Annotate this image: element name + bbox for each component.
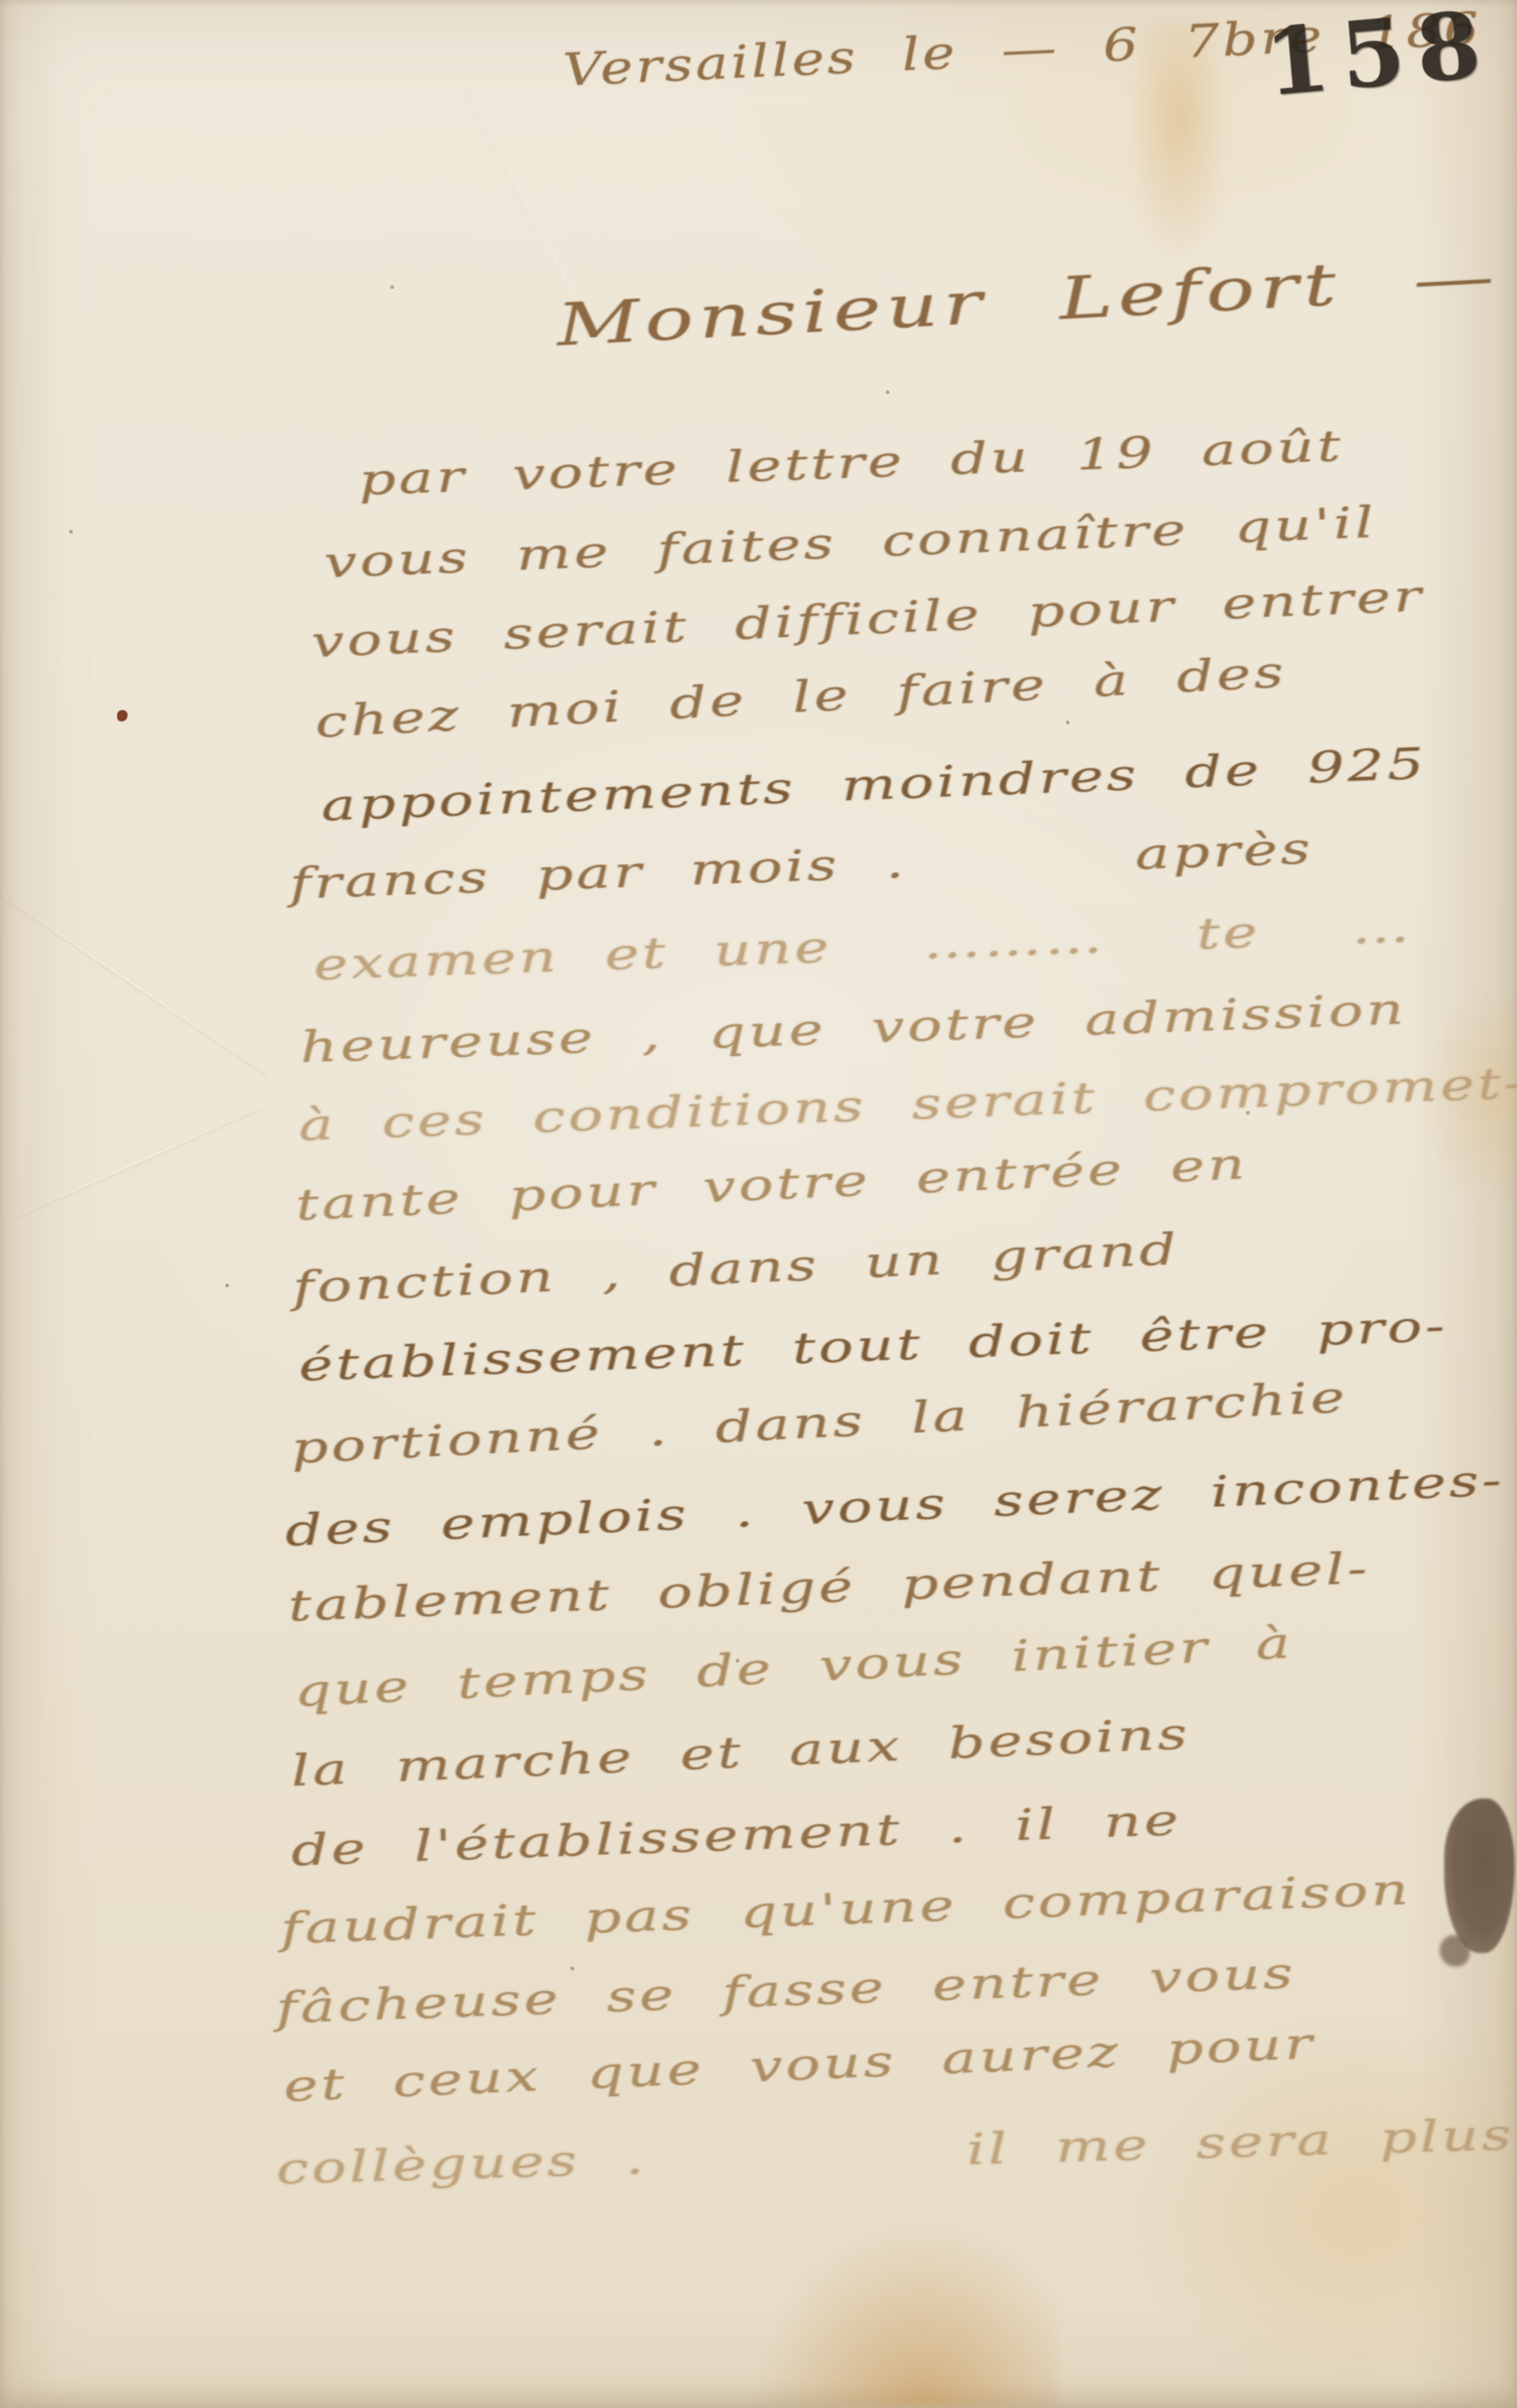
paper-speck	[69, 530, 73, 534]
body-line: chez moi de le faire à des	[315, 651, 1288, 745]
body-line: de l'établissement . il ne	[290, 1799, 1182, 1873]
paper-crease	[0, 893, 268, 1075]
paper-crease	[465, 91, 649, 436]
body-line: fonction , dans un grand	[292, 1228, 1180, 1310]
letter-page: Versailles le — 6 7bre 186 158 Monsieur …	[0, 0, 1517, 2408]
body-line: vous me faites connaître qu'il	[324, 501, 1377, 585]
body-line: des emplois . vous serez incontes-	[284, 1459, 1505, 1553]
body-line: fâcheuse se fasse entre vous	[275, 1952, 1296, 2030]
salutation: Monsieur Lefort —	[555, 247, 1500, 355]
body-line: francs par mois . après	[289, 827, 1314, 906]
body-line: heureuse , que votre admission	[299, 989, 1407, 1070]
body-line: tante pour votre entrée en	[295, 1143, 1249, 1227]
body-line: et ceux que vous aurez pour	[283, 2022, 1316, 2109]
body-line: collègues . il me sera plus	[275, 2114, 1515, 2191]
body-line: la marche et aux besoins	[290, 1713, 1191, 1793]
body-line: par votre lettre du 19 août	[358, 425, 1344, 502]
body-line: portionné . dans la hiérarchie	[290, 1376, 1349, 1470]
body-line: tablement obligé pendant quel-	[287, 1548, 1371, 1628]
paper-stain-bottom-center	[758, 2229, 1058, 2408]
paper-crease	[15, 1106, 263, 1218]
paper-speck	[225, 1284, 229, 1287]
paper-speck	[886, 390, 889, 394]
red-ink-speck	[117, 710, 128, 721]
body-line: faudrait pas qu'une comparaison	[280, 1868, 1412, 1951]
ink-blot	[1444, 1798, 1515, 1953]
paper-speck	[390, 285, 394, 289]
number-stamp: 158	[1261, 0, 1497, 117]
body-line: que temps de vous initier à	[293, 1622, 1295, 1714]
body-line: à ces conditions serait compromet-	[298, 1062, 1517, 1148]
body-line: examen et une ……… te …	[313, 906, 1413, 987]
paper-speck	[570, 1967, 574, 1970]
body-line: appointements moindres de 925	[321, 742, 1428, 828]
paper-speck	[1066, 721, 1070, 724]
